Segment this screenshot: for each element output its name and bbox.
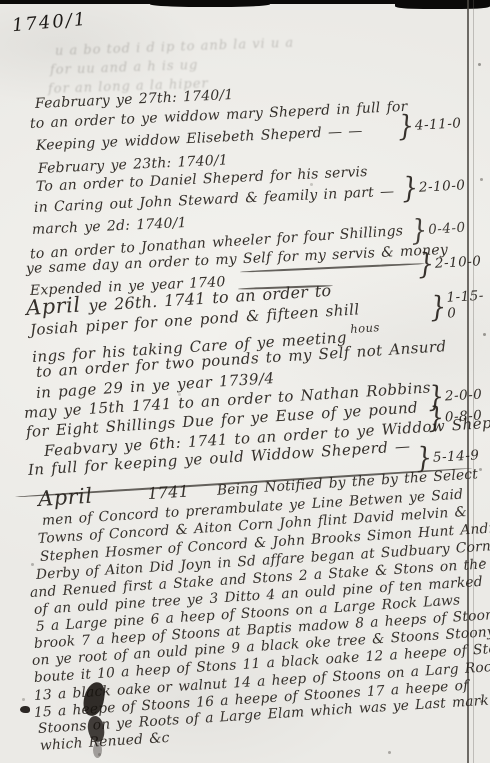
ledger-amount: }2-10-0 [401,172,466,200]
amount-value: 2-10-0 [419,177,466,195]
amount-value: 2-0-0 [445,386,483,404]
amount-brace: } [397,111,414,141]
amount-brace: } [429,291,446,321]
ledger-amount: }4-11-0 [397,110,462,138]
amount-brace: } [410,215,428,245]
year-label: 1740/1 [11,9,88,36]
ink-blot [93,742,102,758]
inserted-word: hous [350,320,380,336]
amount-value: 0-8-0 [445,407,483,425]
scan-top-edge-bump [150,0,270,7]
manuscript-page: 1740/1 u a bo tod i d ip to anb la vi u … [0,0,490,763]
amount-brace: } [427,403,444,433]
ink-blot [20,706,30,713]
bleedthrough-line: for uu and a h is ug [50,58,199,78]
peramb-heading-month: April [37,484,93,511]
scan-speckle [478,63,481,66]
amount-value: 4-11-0 [415,115,462,133]
amount-value: 0-4-0 [428,219,466,237]
ledger-amount: }1-15-0 [429,287,490,322]
bleedthrough-line: u a bo tod i d ip to anb la vi u a [55,36,295,59]
ledger-amount: }2-10-0 [417,248,482,276]
amount-value: 1-15-0 [446,287,490,321]
amount-brace: } [401,173,418,203]
scan-top-edge-bump [395,0,490,9]
ledger-amount: }0-8-0 [427,403,483,431]
ledger-line-lead: April [25,293,81,320]
amount-value: 2-10-0 [435,253,482,271]
peramb-heading-year: 1741 [147,482,190,504]
